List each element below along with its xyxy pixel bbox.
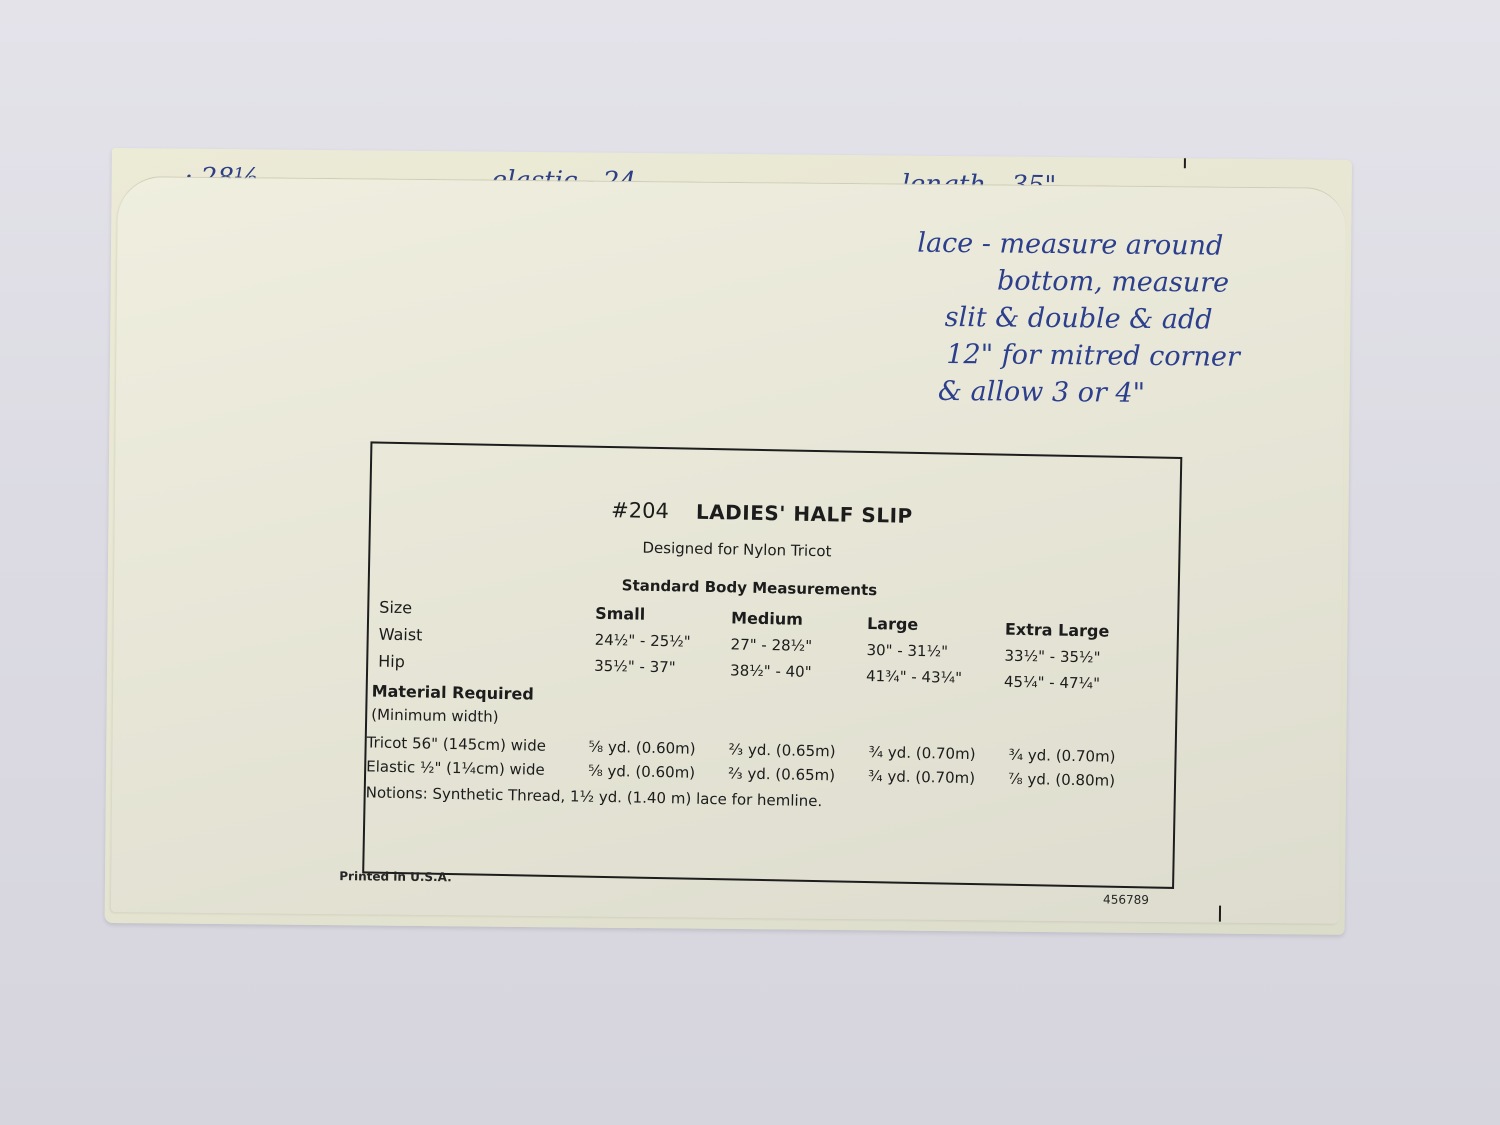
material-amount: ⅔ yd. (0.65m)	[728, 764, 868, 785]
size-name: Extra Large	[1005, 620, 1110, 641]
pattern-header: #204 LADIES' HALF SLIP	[611, 498, 913, 528]
pattern-code: 456789	[1103, 892, 1149, 906]
row-label-hip: Hip	[378, 652, 405, 672]
handwritten-line: slit & double & add	[945, 299, 1337, 340]
register-tick-mark	[1184, 158, 1186, 168]
hip-value: 35½" - 37"	[594, 657, 690, 677]
handwritten-line: bottom, measure	[997, 262, 1337, 302]
material-amount: ¾ yd. (0.70m)	[868, 767, 1008, 788]
row-label-waist: Waist	[379, 625, 423, 645]
material-amount: ¾ yd. (0.70m)	[868, 743, 1008, 764]
handwritten-line: lace - measure around	[917, 225, 1337, 266]
hip-value: 38½" - 40"	[730, 661, 812, 681]
waist-value: 24½" - 25½"	[595, 631, 691, 651]
hip-value: 45¼" - 47¼"	[1004, 673, 1109, 693]
pattern-number: #204	[611, 498, 669, 523]
material-label: Elastic ½" (1¼cm) wide	[366, 757, 588, 779]
size-name: Medium	[731, 608, 813, 629]
material-label: Tricot 56" (145cm) wide	[367, 733, 589, 755]
pattern-info-box: #204 LADIES' HALF SLIP Designed for Nylo…	[362, 441, 1182, 889]
size-name: Large	[867, 614, 963, 635]
size-column-large: Large 30" - 31½" 41¾" - 43¼"	[866, 614, 963, 695]
material-amount: ¾ yd. (0.70m)	[1008, 746, 1115, 766]
hip-value: 41¾" - 43¼"	[866, 667, 962, 687]
material-amount: ⅞ yd. (0.80m)	[1008, 770, 1115, 790]
pattern-title: LADIES' HALF SLIP	[696, 500, 913, 528]
waist-value: 27" - 28½"	[730, 635, 812, 655]
printed-in-label: Printed in U.S.A.	[339, 869, 452, 884]
size-column-small: Small 24½" - 25½" 35½" - 37"	[594, 604, 691, 685]
handwritten-line: 12" for mitred corner	[946, 336, 1336, 377]
material-subheading: (Minimum width)	[371, 706, 499, 726]
waist-value: 33½" - 35½"	[1004, 647, 1109, 667]
pattern-subtitle: Designed for Nylon Tricot	[642, 539, 831, 561]
measurements-heading: Standard Body Measurements	[622, 576, 878, 599]
material-heading: Material Required	[371, 682, 533, 704]
material-amount: ⅝ yd. (0.60m)	[588, 762, 728, 783]
row-label-size: Size	[379, 598, 412, 618]
handwritten-note: lace - measure around bottom, measure sl…	[916, 225, 1338, 414]
size-name: Small	[595, 604, 691, 625]
size-column-medium: Medium 27" - 28½" 38½" - 40"	[730, 608, 813, 689]
handwritten-line: & allow 3 or 4"	[938, 373, 1336, 414]
waist-value: 30" - 31½"	[866, 641, 962, 661]
material-amount: ⅝ yd. (0.60m)	[588, 738, 728, 759]
notions-text: Notions: Synthetic Thread, 1½ yd. (1.40 …	[366, 783, 823, 810]
size-column-extra-large: Extra Large 33½" - 35½" 45¼" - 47¼"	[1004, 620, 1110, 701]
envelope-front-sheet: lace - measure around bottom, measure sl…	[111, 176, 1346, 924]
register-tick-mark	[1219, 906, 1221, 922]
material-amount: ⅔ yd. (0.65m)	[728, 740, 868, 761]
